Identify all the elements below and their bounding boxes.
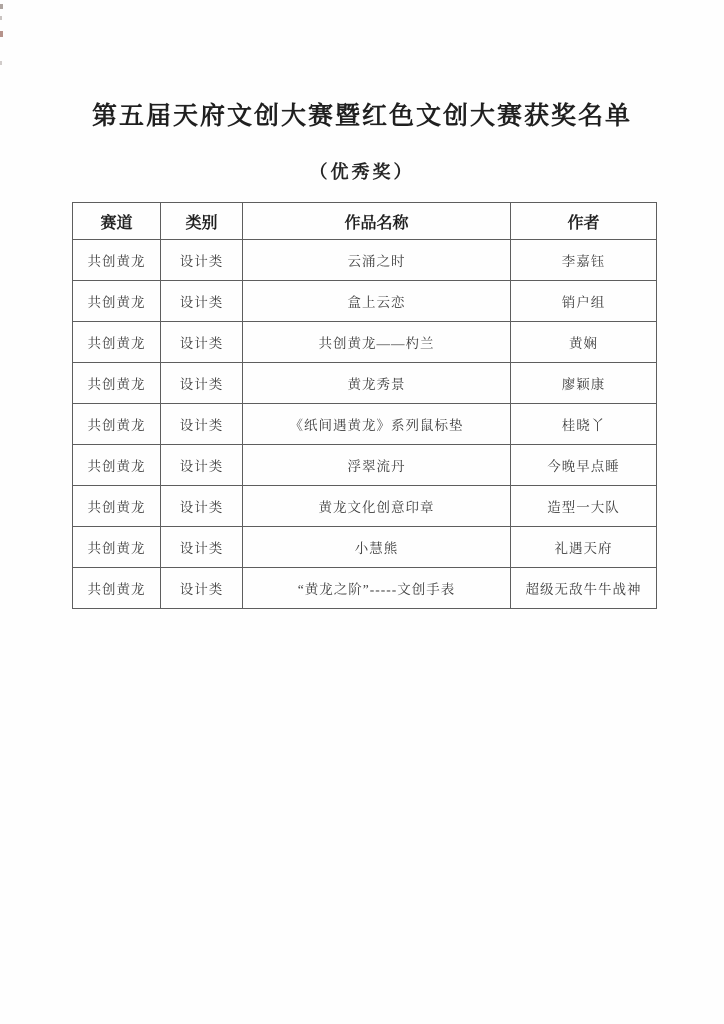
table-cell: 设计类 — [161, 240, 243, 281]
table-cell: 共创黄龙——杓兰 — [243, 322, 511, 363]
table-cell: 黄娴 — [511, 322, 657, 363]
table-cell: 共创黄龙 — [73, 568, 161, 609]
column-header: 类别 — [161, 203, 243, 240]
table-cell: 设计类 — [161, 363, 243, 404]
scan-artifact — [0, 4, 3, 9]
table-cell: 礼遇天府 — [511, 527, 657, 568]
table-cell: 共创黄龙 — [73, 281, 161, 322]
table-cell: 共创黄龙 — [73, 322, 161, 363]
table-cell: 设计类 — [161, 568, 243, 609]
table-row: 共创黄龙设计类共创黄龙——杓兰黄娴 — [73, 322, 657, 363]
table-cell: 设计类 — [161, 486, 243, 527]
table-cell: 今晚早点睡 — [511, 445, 657, 486]
table-cell: 浮翠流丹 — [243, 445, 511, 486]
table-cell: 黄龙文化创意印章 — [243, 486, 511, 527]
table-row: 共创黄龙设计类云涌之时李嘉钰 — [73, 240, 657, 281]
document-subtitle: （优秀奖） — [0, 158, 724, 184]
table-cell: 共创黄龙 — [73, 486, 161, 527]
scan-artifact — [0, 31, 3, 37]
table-row: 共创黄龙设计类小慧熊礼遇天府 — [73, 527, 657, 568]
table-cell: 《纸间遇黄龙》系列鼠标垫 — [243, 404, 511, 445]
table-cell: 设计类 — [161, 404, 243, 445]
awards-table: 赛道类别作品名称作者 共创黄龙设计类云涌之时李嘉钰共创黄龙设计类盒上云恋销户组共… — [72, 202, 657, 609]
table-row: 共创黄龙设计类浮翠流丹今晚早点睡 — [73, 445, 657, 486]
table-header-row: 赛道类别作品名称作者 — [73, 203, 657, 240]
table-cell: 设计类 — [161, 527, 243, 568]
table-cell: 设计类 — [161, 322, 243, 363]
table-cell: 李嘉钰 — [511, 240, 657, 281]
table-row: 共创黄龙设计类黄龙秀景廖颖康 — [73, 363, 657, 404]
table-cell: 共创黄龙 — [73, 404, 161, 445]
table-row: 共创黄龙设计类“黄龙之阶”-----文创手表超级无敌牛牛战神 — [73, 568, 657, 609]
table-row: 共创黄龙设计类黄龙文化创意印章造型一大队 — [73, 486, 657, 527]
table-cell: 造型一大队 — [511, 486, 657, 527]
table-cell: 设计类 — [161, 281, 243, 322]
document-title: 第五届天府文创大赛暨红色文创大赛获奖名单 — [0, 0, 724, 132]
document-page: 第五届天府文创大赛暨红色文创大赛获奖名单 （优秀奖） 赛道类别作品名称作者 共创… — [0, 0, 724, 1024]
column-header: 作品名称 — [243, 203, 511, 240]
table-cell: 盒上云恋 — [243, 281, 511, 322]
table-cell: 共创黄龙 — [73, 445, 161, 486]
table-row: 共创黄龙设计类盒上云恋销户组 — [73, 281, 657, 322]
table-cell: “黄龙之阶”-----文创手表 — [243, 568, 511, 609]
table-cell: 小慧熊 — [243, 527, 511, 568]
scan-artifact — [0, 16, 2, 20]
table-cell: 廖颖康 — [511, 363, 657, 404]
table-cell: 共创黄龙 — [73, 240, 161, 281]
table-row: 共创黄龙设计类《纸间遇黄龙》系列鼠标垫桂晓丫 — [73, 404, 657, 445]
column-header: 赛道 — [73, 203, 161, 240]
table-cell: 共创黄龙 — [73, 363, 161, 404]
table-cell: 桂晓丫 — [511, 404, 657, 445]
table-cell: 设计类 — [161, 445, 243, 486]
table-cell: 共创黄龙 — [73, 527, 161, 568]
column-header: 作者 — [511, 203, 657, 240]
scan-artifact — [0, 61, 2, 65]
table-cell: 云涌之时 — [243, 240, 511, 281]
table-cell: 黄龙秀景 — [243, 363, 511, 404]
table-cell: 超级无敌牛牛战神 — [511, 568, 657, 609]
table-cell: 销户组 — [511, 281, 657, 322]
